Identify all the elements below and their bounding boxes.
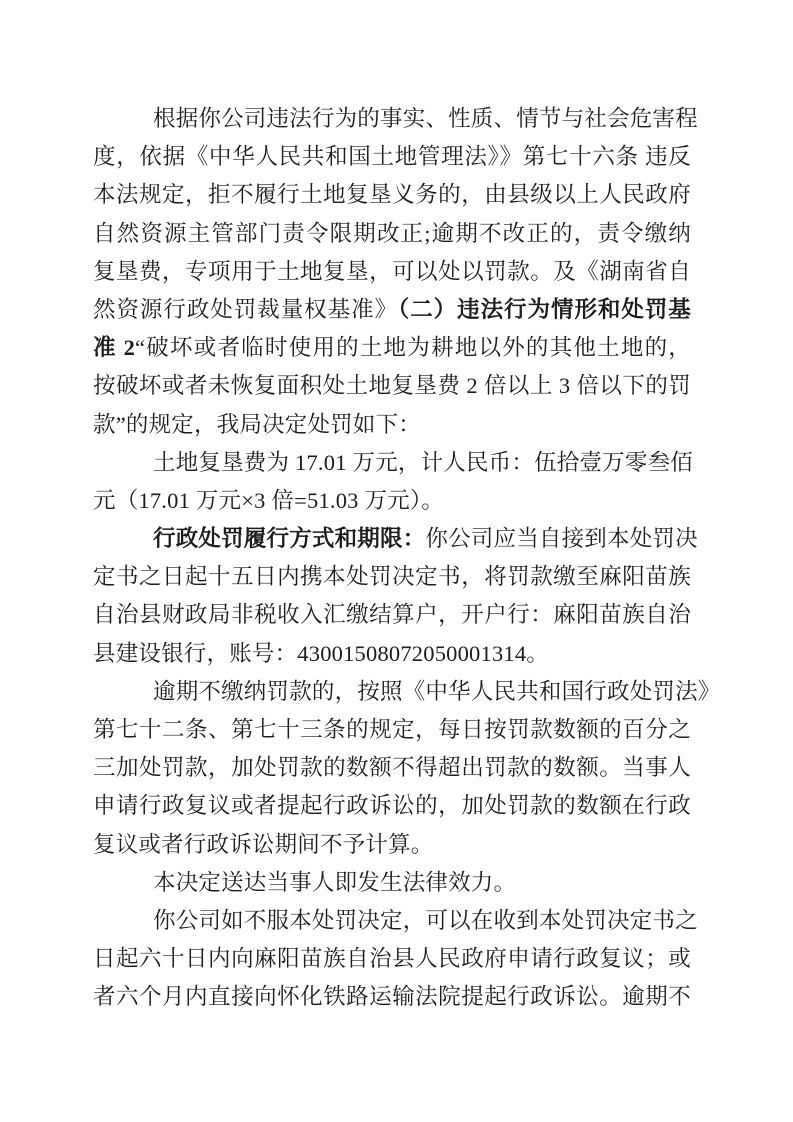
- document-body: 根据你公司违法行为的事实、性质、情节与社会危害程度，依据《中华人民共和国土地管理…: [93, 100, 691, 1017]
- text-line: 本法规定，拒不履行土地复垦义务的，由县级以上人民政府: [93, 176, 691, 214]
- text-segment: 日起六十日内向麻阳苗族自治县人民政府申请行政复议；或: [93, 946, 691, 971]
- text-line: 按破坏或者未恢复面积处土地复垦费 2 倍以上 3 倍以下的罚: [93, 367, 691, 405]
- text-segment: 本决定送达当事人即发生法律效力。: [153, 870, 516, 895]
- text-segment: 申请行政复议或者提起行政诉讼的，加处罚款的数额在行政: [93, 793, 691, 818]
- text-line: 第七十二条、第七十三条的规定，每日按罚款数额的百分之: [93, 711, 691, 749]
- text-segment: 三加处罚款，加处罚款的数额不得超出罚款的数额。当事人: [93, 755, 691, 780]
- text-line: 定书之日起十五日内携本处罚决定书，将罚款缴至麻阳苗族: [93, 558, 691, 596]
- text-segment: 款”的规定，我局决定处罚如下：: [93, 412, 421, 437]
- text-segment: 元（17.01 万元×3 倍=51.03 万元）。: [93, 488, 444, 513]
- text-line: 者六个月内直接向怀化铁路运输法院提起行政诉讼。逾期不: [93, 978, 691, 1016]
- text-segment: 自然资源主管部门责令限期改正;逾期不改正的，责令缴纳: [93, 221, 691, 246]
- text-segment: 你公司应当自接到本处罚决: [425, 526, 697, 551]
- bold-text-segment: （二）违法行为情形和处罚基: [398, 297, 691, 322]
- text-line: 土地复垦费为 17.01 万元，计人民币：伍拾壹万零叁佰: [93, 444, 691, 482]
- text-line: 自治县财政局非税收入汇缴结算户，开户行：麻阳苗族自治: [93, 596, 691, 634]
- text-line: 县建设银行，账号：43001508072050001314。: [93, 635, 691, 673]
- text-segment: 第七十二条、第七十三条的规定，每日按罚款数额的百分之: [93, 717, 691, 742]
- bold-text-segment: 行政处罚履行方式和期限：: [153, 526, 425, 551]
- text-line: 三加处罚款，加处罚款的数额不得超出罚款的数额。当事人: [93, 749, 691, 787]
- text-line: 申请行政复议或者提起行政诉讼的，加处罚款的数额在行政: [93, 787, 691, 825]
- text-line: 准 2“破坏或者临时使用的土地为耕地以外的其他土地的，: [93, 329, 691, 367]
- text-segment: 然资源行政处罚裁量权基准》: [93, 297, 398, 322]
- text-segment: 按破坏或者未恢复面积处土地复垦费 2 倍以上 3 倍以下的罚: [93, 373, 691, 398]
- text-line: 款”的规定，我局决定处罚如下：: [93, 406, 691, 444]
- text-line: 逾期不缴纳罚款的，按照《中华人民共和国行政处罚法》: [93, 673, 691, 711]
- text-segment: 土地复垦费为 17.01 万元，计人民币：伍拾壹万零叁佰: [153, 450, 693, 475]
- text-segment: 你公司如不服本处罚决定，可以在收到本处罚决定书之: [153, 908, 698, 933]
- text-line: 根据你公司违法行为的事实、性质、情节与社会危害程: [93, 100, 691, 138]
- text-line: 自然资源主管部门责令限期改正;逾期不改正的，责令缴纳: [93, 215, 691, 253]
- text-segment: 县建设银行，账号：43001508072050001314。: [93, 641, 549, 666]
- text-line: 行政处罚履行方式和期限：你公司应当自接到本处罚决: [93, 520, 691, 558]
- text-segment: 复议或者行政诉讼期间不予计算。: [93, 832, 434, 857]
- text-segment: 逾期不缴纳罚款的，按照《中华人民共和国行政处罚法》: [153, 679, 721, 704]
- text-line: 日起六十日内向麻阳苗族自治县人民政府申请行政复议；或: [93, 940, 691, 978]
- text-segment: “破坏或者临时使用的土地为耕地以外的其他土地的，: [135, 335, 691, 360]
- text-segment: 者六个月内直接向怀化铁路运输法院提起行政诉讼。逾期不: [93, 984, 691, 1009]
- text-line: 你公司如不服本处罚决定，可以在收到本处罚决定书之: [93, 902, 691, 940]
- text-segment: 自治县财政局非税收入汇缴结算户，开户行：麻阳苗族自治: [93, 602, 691, 627]
- text-segment: 复垦费，专项用于土地复垦，可以处以罚款。及《湖南省自: [93, 259, 691, 284]
- text-line: 本决定送达当事人即发生法律效力。: [93, 864, 691, 902]
- bold-text-segment: 准 2: [93, 335, 135, 360]
- text-line: 然资源行政处罚裁量权基准》（二）违法行为情形和处罚基: [93, 291, 691, 329]
- text-segment: 度，依据《中华人民共和国土地管理法》》第七十六条 违反: [93, 144, 691, 169]
- text-line: 元（17.01 万元×3 倍=51.03 万元）。: [93, 482, 691, 520]
- text-line: 度，依据《中华人民共和国土地管理法》》第七十六条 违反: [93, 138, 691, 176]
- text-line: 复议或者行政诉讼期间不予计算。: [93, 826, 691, 864]
- document-page: 根据你公司违法行为的事实、性质、情节与社会危害程度，依据《中华人民共和国土地管理…: [0, 0, 793, 1122]
- text-line: 复垦费，专项用于土地复垦，可以处以罚款。及《湖南省自: [93, 253, 691, 291]
- text-segment: 本法规定，拒不履行土地复垦义务的，由县级以上人民政府: [93, 182, 691, 207]
- text-segment: 根据你公司违法行为的事实、性质、情节与社会危害程: [153, 106, 698, 131]
- text-segment: 定书之日起十五日内携本处罚决定书，将罚款缴至麻阳苗族: [93, 564, 691, 589]
